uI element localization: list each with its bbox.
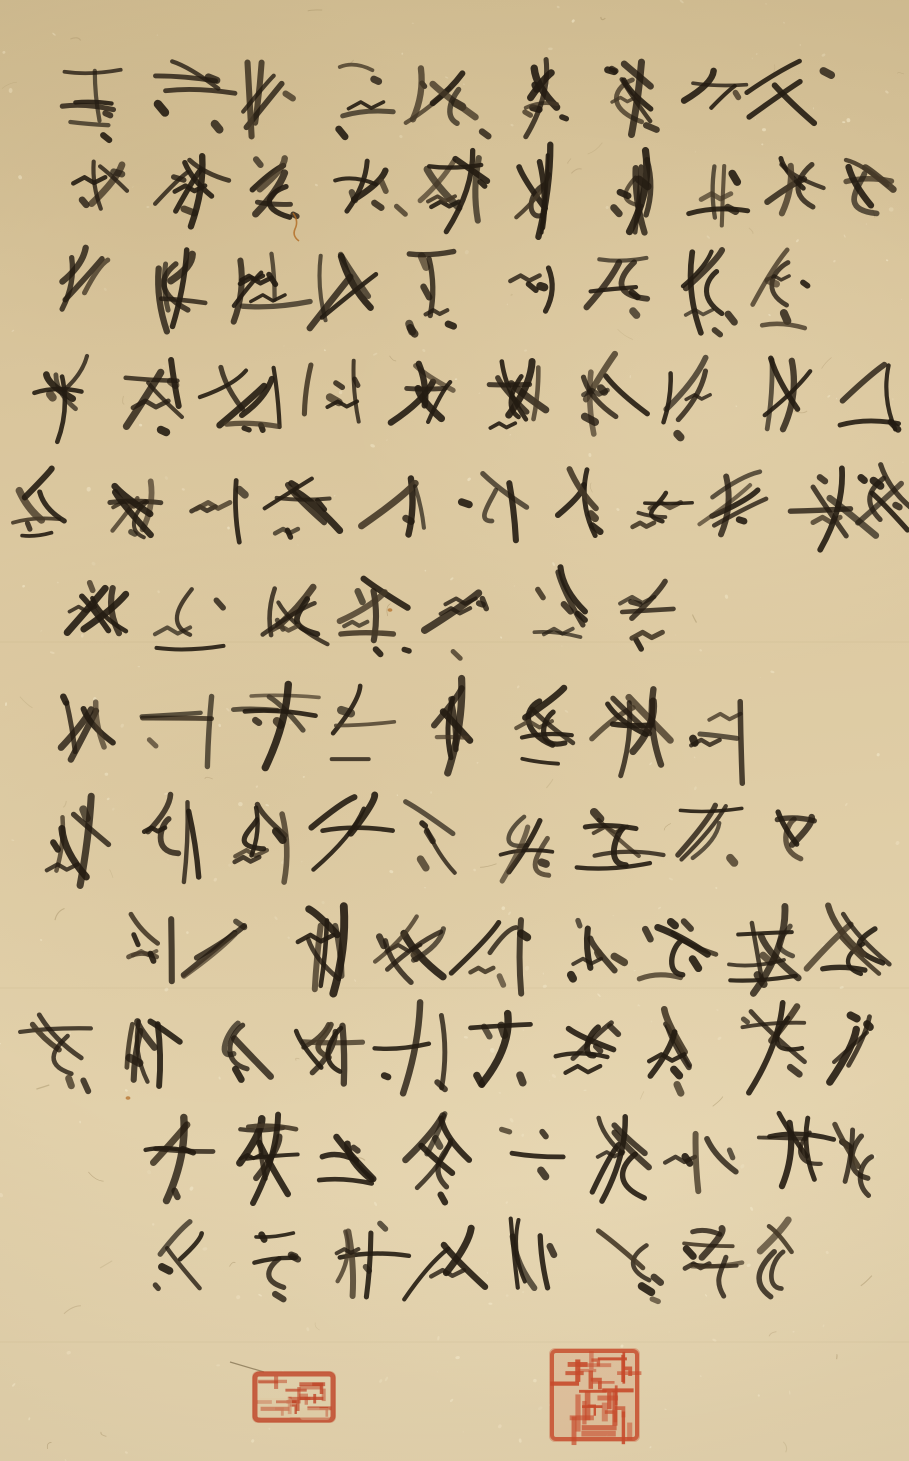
character-cluster xyxy=(759,1113,834,1186)
character-cluster xyxy=(337,1224,409,1297)
character-cluster xyxy=(556,1023,619,1073)
character-cluster xyxy=(61,697,113,760)
character-cluster xyxy=(240,1115,298,1204)
text-row-6 xyxy=(67,567,673,658)
rust-speck xyxy=(388,608,393,612)
character-cluster xyxy=(62,70,120,140)
character-cluster xyxy=(830,1015,870,1082)
character-cluster xyxy=(47,796,109,885)
character-cluster xyxy=(516,688,573,764)
character-cluster xyxy=(192,481,245,543)
character-cluster xyxy=(183,921,244,976)
character-cluster xyxy=(375,1002,445,1093)
character-cluster xyxy=(777,812,814,859)
character-cluster xyxy=(684,1228,742,1296)
character-cluster xyxy=(155,156,229,226)
character-cluster xyxy=(767,158,823,213)
character-cluster xyxy=(489,362,546,429)
character-cluster xyxy=(571,921,624,979)
seal-large xyxy=(550,1349,640,1443)
character-cluster xyxy=(501,817,553,881)
character-cluster xyxy=(598,1231,660,1302)
character-cluster xyxy=(577,812,664,868)
character-cluster xyxy=(20,1015,91,1091)
character-cluster xyxy=(471,1014,531,1085)
rust-speck xyxy=(126,1096,131,1100)
character-cluster xyxy=(252,158,296,217)
character-cluster xyxy=(434,679,470,774)
character-cluster xyxy=(73,162,127,209)
character-cluster xyxy=(155,589,224,649)
character-cluster xyxy=(310,255,376,329)
character-cluster xyxy=(34,356,87,442)
character-cluster xyxy=(608,62,657,134)
text-row-5 xyxy=(13,465,909,550)
character-cluster xyxy=(691,702,742,784)
character-cluster xyxy=(158,250,205,331)
character-cluster xyxy=(332,686,395,759)
character-cluster xyxy=(127,1021,180,1086)
character-cluster xyxy=(129,914,172,981)
character-cluster xyxy=(451,920,527,994)
character-cluster xyxy=(689,166,748,226)
character-cluster xyxy=(592,689,670,775)
text-row-10 xyxy=(20,1002,870,1093)
character-cluster xyxy=(587,258,648,315)
character-cluster xyxy=(753,250,808,328)
character-cluster xyxy=(510,268,552,311)
character-cluster xyxy=(592,1117,649,1201)
character-cluster xyxy=(633,493,693,527)
character-cluster xyxy=(790,468,875,549)
character-cluster xyxy=(759,1220,791,1297)
character-cluster xyxy=(743,1003,805,1093)
character-cluster xyxy=(584,354,648,434)
character-cluster xyxy=(409,252,454,334)
character-cluster xyxy=(144,795,199,882)
character-cluster xyxy=(614,151,651,233)
character-cluster xyxy=(425,593,487,658)
character-cluster xyxy=(558,469,600,535)
character-cluster xyxy=(765,358,811,429)
text-row-7 xyxy=(61,679,742,784)
character-cluster xyxy=(406,802,455,873)
character-cluster xyxy=(502,1129,564,1176)
character-cluster xyxy=(263,587,328,644)
character-cluster xyxy=(534,567,585,637)
character-cluster xyxy=(664,358,711,438)
character-cluster xyxy=(155,1222,201,1289)
character-cluster xyxy=(62,248,108,309)
character-cluster xyxy=(311,795,392,870)
character-cluster xyxy=(729,906,798,993)
character-cluster xyxy=(67,583,126,633)
text-row-2 xyxy=(73,145,893,237)
character-cluster xyxy=(142,697,212,767)
character-cluster xyxy=(243,63,293,137)
character-cluster xyxy=(404,1228,485,1299)
character-cluster xyxy=(110,481,161,537)
character-cluster xyxy=(391,364,453,423)
character-cluster xyxy=(665,1134,736,1191)
character-cluster xyxy=(858,465,909,530)
character-cluster xyxy=(462,474,527,541)
character-cluster xyxy=(516,145,550,237)
character-cluster xyxy=(233,684,319,767)
text-row-8 xyxy=(47,795,815,886)
character-cluster xyxy=(525,60,566,137)
character-cluster xyxy=(406,1114,470,1202)
seal-small xyxy=(253,1372,335,1422)
character-cluster xyxy=(639,921,716,979)
character-cluster xyxy=(683,250,734,334)
calligraphy-text xyxy=(13,60,909,1302)
character-cluster xyxy=(298,906,344,993)
character-cluster xyxy=(620,581,673,649)
text-row-1 xyxy=(62,60,831,140)
character-cluster xyxy=(156,61,236,129)
character-cluster xyxy=(339,65,393,137)
character-cluster xyxy=(335,161,405,214)
manuscript-page: Handwritten cursive brush-ink calligraph… xyxy=(0,0,909,1461)
character-cluster xyxy=(375,917,443,983)
text-row-3 xyxy=(62,248,807,335)
character-cluster xyxy=(296,1024,362,1083)
character-cluster xyxy=(835,1124,872,1195)
character-cluster xyxy=(340,579,409,654)
character-cluster xyxy=(224,1023,270,1079)
character-cluster xyxy=(146,1117,213,1200)
character-cluster xyxy=(126,360,182,432)
character-cluster xyxy=(13,469,64,536)
character-cluster xyxy=(265,479,340,537)
character-cluster xyxy=(200,367,280,430)
text-row-12 xyxy=(155,1219,791,1302)
calligraphy-artwork xyxy=(0,0,909,1461)
character-cluster xyxy=(304,361,358,422)
character-cluster xyxy=(846,160,893,213)
seals xyxy=(253,1349,640,1443)
character-cluster xyxy=(649,1009,689,1093)
character-cluster xyxy=(406,68,489,136)
character-cluster xyxy=(235,804,287,882)
text-row-9 xyxy=(129,906,890,994)
character-cluster xyxy=(700,472,767,535)
character-cluster xyxy=(678,805,742,862)
character-cluster xyxy=(684,71,746,108)
character-cluster xyxy=(362,479,424,535)
character-cluster xyxy=(234,254,310,322)
character-cluster xyxy=(511,1219,554,1288)
character-cluster xyxy=(420,151,487,232)
character-cluster xyxy=(254,1233,298,1299)
dark-fiber xyxy=(230,1362,264,1372)
character-cluster xyxy=(840,365,899,430)
character-cluster xyxy=(747,61,831,123)
text-row-11 xyxy=(146,1113,872,1203)
character-cluster xyxy=(807,906,890,974)
